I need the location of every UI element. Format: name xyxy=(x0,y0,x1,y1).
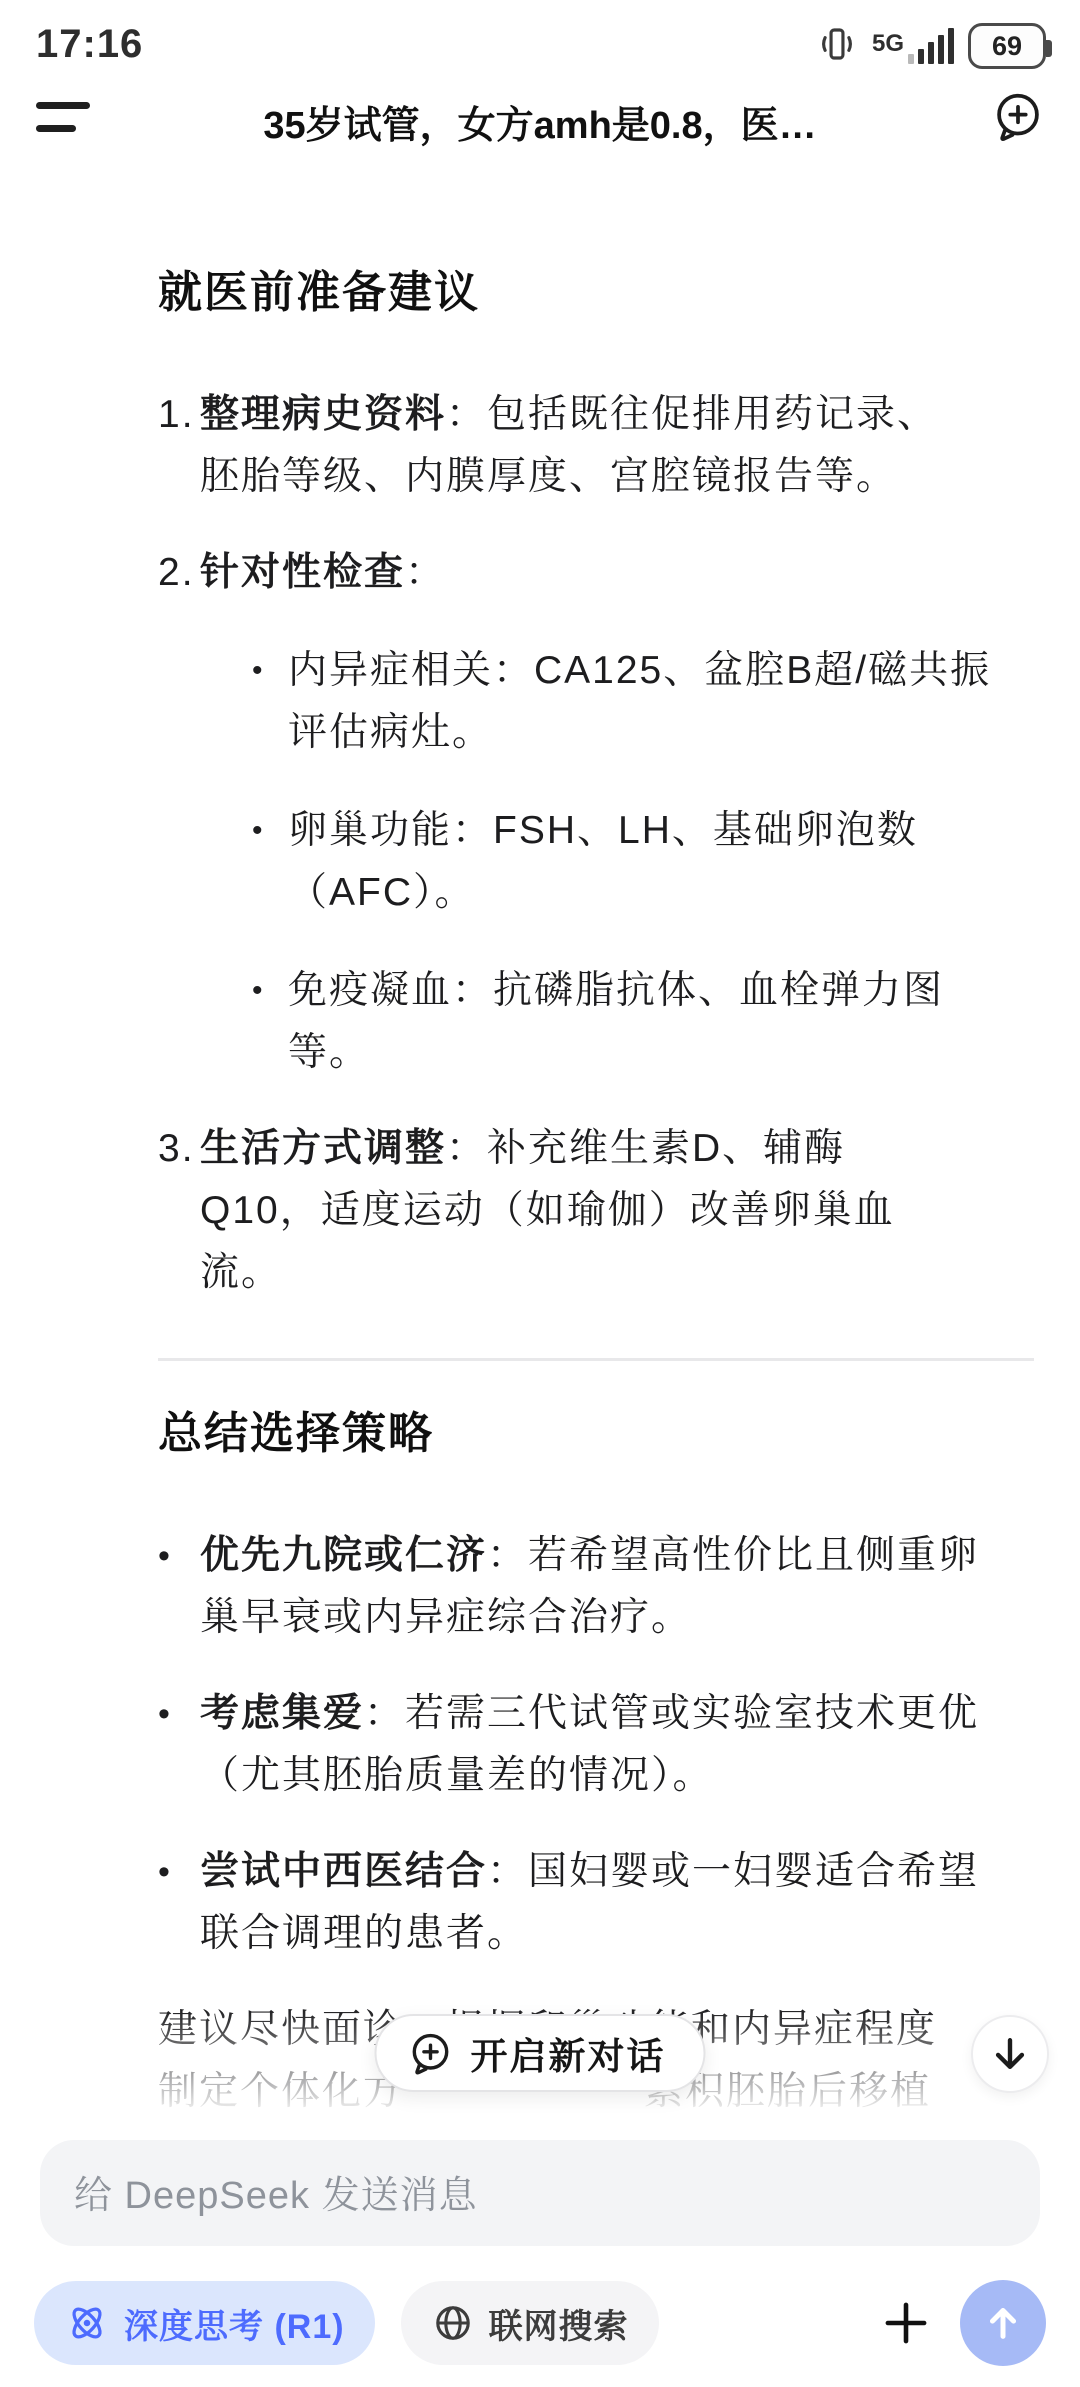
network-label: 5G xyxy=(872,32,904,56)
battery-icon: 69 xyxy=(968,23,1046,69)
status-icons: 5G 69 xyxy=(816,22,1046,70)
status-bar: 17:16 5G 69 xyxy=(0,16,1080,72)
list-item-body: 免疫凝血：抗磷脂抗体、血栓弹力图等。 xyxy=(288,960,1034,1084)
text-run: 制定个体化方 xyxy=(158,2070,404,2113)
vibrate-icon xyxy=(816,21,858,72)
text-line: 整理病史资料：包括既往促排用药记录、 xyxy=(200,384,1034,446)
scroll-to-bottom-button[interactable] xyxy=(971,2015,1049,2093)
bullet-icon: • xyxy=(158,1683,200,1807)
text-run: 巢早衰或内异症综合治疗。 xyxy=(200,1596,692,1639)
text-line: 评估病灶。 xyxy=(288,702,1034,764)
web-search-label: 联网搜索 xyxy=(489,2299,629,2348)
list-item-body: 整理病史资料：包括既往促排用药记录、胚胎等级、内膜厚度、宫腔镜报告等。 xyxy=(200,384,1034,508)
summary-bullet-item: •优先九院或仁济：若希望高性价比且侧重卵巢早衰或内异症综合治疗。 xyxy=(158,1525,1034,1649)
list-item-body: 针对性检查：•内异症相关：CA125、盆腔B超/磁共振评估病灶。•卵巢功能：FS… xyxy=(200,542,1034,1084)
down-arrow-icon xyxy=(988,2032,1032,2076)
text-line: 优先九院或仁济：若希望高性价比且侧重卵 xyxy=(200,1525,1034,1587)
section-heading: 就医前准备建议 xyxy=(158,264,1034,322)
text-run: 内异症相关：CA125、盆腔B超/磁共振 xyxy=(288,649,991,692)
list-number: 1. xyxy=(158,384,200,508)
summary-bullet-item: •尝试中西医结合：国妇婴或一妇婴适合希望联合调理的患者。 xyxy=(158,1841,1034,1965)
attach-button[interactable] xyxy=(876,2293,936,2353)
text-line: 内异症相关：CA125、盆腔B超/磁共振 xyxy=(288,640,1034,702)
plus-icon xyxy=(877,2294,935,2352)
speech-bubble-plus-icon xyxy=(990,131,1046,148)
new-chat-button[interactable] xyxy=(990,88,1046,144)
text-run: 卵巢功能：FSH、LH、基础卵泡数 xyxy=(288,809,918,852)
text-line: 生活方式调整：补充维生素D、辅酶 xyxy=(200,1118,1034,1180)
bold-text: 尝试中西医结合 xyxy=(200,1850,487,1893)
text-line: 胚胎等级、内膜厚度、宫腔镜报告等。 xyxy=(200,446,1034,508)
list-item-body: 内异症相关：CA125、盆腔B超/磁共振评估病灶。 xyxy=(288,640,1034,764)
text-line: （AFC）。 xyxy=(288,862,1034,924)
text-run: 联合调理的患者。 xyxy=(200,1912,528,1955)
text-line: （尤其胚胎质量差的情况）。 xyxy=(200,1745,1034,1807)
text-run: ：若需三代试管或实验室技术更优 xyxy=(364,1692,979,1735)
sub-bullet-list: •内异症相关：CA125、盆腔B超/磁共振评估病灶。•卵巢功能：FSH、LH、基… xyxy=(200,640,1034,1084)
bullet-icon: • xyxy=(252,960,288,1084)
bold-text: 优先九院或仁济 xyxy=(200,1534,487,1577)
bullet-icon: • xyxy=(158,1841,200,1965)
globe-icon xyxy=(431,2301,475,2345)
atom-icon xyxy=(64,2300,110,2346)
section-heading: 总结选择策略 xyxy=(158,1405,1034,1463)
list-item-body: 卵巢功能：FSH、LH、基础卵泡数（AFC）。 xyxy=(288,800,1034,924)
list-item-body: 考虑集爱：若需三代试管或实验室技术更优（尤其胚胎质量差的情况）。 xyxy=(200,1683,1034,1807)
ordered-list-item: 3.生活方式调整：补充维生素D、辅酶Q10，适度运动（如瑜伽）改善卵巢血流。 xyxy=(158,1118,1034,1304)
signal-bars xyxy=(908,28,954,64)
text-run: ： xyxy=(405,551,446,594)
text-line: 等。 xyxy=(288,1022,1034,1084)
start-new-conversation-button[interactable]: 开启新对话 xyxy=(375,2014,706,2092)
list-item-body: 生活方式调整：补充维生素D、辅酶Q10，适度运动（如瑜伽）改善卵巢血流。 xyxy=(200,1118,1034,1304)
text-run: ：包括既往促排用药记录、 xyxy=(446,393,938,436)
new-conversation-label: 开启新对话 xyxy=(471,2026,666,2080)
sub-bullet-item: •卵巢功能：FSH、LH、基础卵泡数（AFC）。 xyxy=(252,800,1034,924)
text-line: 卵巢功能：FSH、LH、基础卵泡数 xyxy=(288,800,1034,862)
list-number: 3. xyxy=(158,1118,200,1304)
deepthink-label: 深度思考 (R1) xyxy=(124,2299,345,2348)
status-time: 17:16 xyxy=(36,22,143,67)
text-line: 免疫凝血：抗磷脂抗体、血栓弹力图 xyxy=(288,960,1034,1022)
text-run: Q10，适度运动（如瑜伽）改善卵巢血 xyxy=(200,1189,895,1232)
list-number: 2. xyxy=(158,542,200,1084)
deepthink-r1-button[interactable]: 深度思考 (R1) xyxy=(34,2281,375,2365)
list-item-body: 优先九院或仁济：若希望高性价比且侧重卵巢早衰或内异症综合治疗。 xyxy=(200,1525,1034,1649)
message-input[interactable] xyxy=(40,2140,1040,2246)
phone-screen: 17:16 5G 69 xyxy=(0,0,1080,2387)
bullet-icon: • xyxy=(252,640,288,764)
text-run: （AFC）。 xyxy=(288,871,476,914)
speech-bubble-plus-icon xyxy=(407,2029,455,2077)
text-run: 免疫凝血：抗磷脂抗体、血栓弹力图 xyxy=(288,969,944,1012)
bold-text: 整理病史资料 xyxy=(200,393,446,436)
text-line: Q10，适度运动（如瑜伽）改善卵巢血 xyxy=(200,1180,1034,1242)
bold-text: 生活方式调整 xyxy=(200,1127,446,1170)
section-divider xyxy=(158,1358,1034,1361)
send-button[interactable] xyxy=(960,2280,1046,2366)
text-run: 胚胎等级、内膜厚度、宫腔镜报告等。 xyxy=(200,455,897,498)
ordered-list-item: 1.整理病史资料：包括既往促排用药记录、胚胎等级、内膜厚度、宫腔镜报告等。 xyxy=(158,384,1034,508)
assistant-message: 就医前准备建议1.整理病史资料：包括既往促排用药记录、胚胎等级、内膜厚度、宫腔镜… xyxy=(0,238,1080,2175)
sub-bullet-item: •免疫凝血：抗磷脂抗体、血栓弹力图等。 xyxy=(252,960,1034,1084)
text-line: 考虑集爱：若需三代试管或实验室技术更优 xyxy=(200,1683,1034,1745)
battery-percent: 69 xyxy=(992,31,1022,62)
5g-signal-icon: 5G xyxy=(872,28,954,64)
up-arrow-icon xyxy=(980,2300,1026,2346)
text-line: 尝试中西医结合：国妇婴或一妇婴适合希望 xyxy=(200,1841,1034,1903)
chat-title: 35岁试管，女方amh是0.8，医… xyxy=(120,94,960,149)
list-item-body: 尝试中西医结合：国妇婴或一妇婴适合希望联合调理的患者。 xyxy=(200,1841,1034,1965)
web-search-button[interactable]: 联网搜索 xyxy=(401,2281,659,2365)
text-run: 评估病灶。 xyxy=(288,711,493,754)
text-run: ：补充维生素D、辅酶 xyxy=(446,1127,845,1170)
text-line: 巢早衰或内异症综合治疗。 xyxy=(200,1587,1034,1649)
text-run: 等。 xyxy=(288,1031,370,1074)
app-header: 35岁试管，女方amh是0.8，医… xyxy=(0,86,1080,150)
text-run: 流。 xyxy=(200,1251,282,1294)
text-run: （尤其胚胎质量差的情况）。 xyxy=(200,1754,714,1797)
composer-toolbar: 深度思考 (R1) 联网搜索 xyxy=(34,2280,1046,2366)
composer: 深度思考 (R1) 联网搜索 xyxy=(0,2132,1080,2387)
bullet-icon: • xyxy=(252,800,288,924)
text-line: 联合调理的患者。 xyxy=(200,1903,1034,1965)
text-run: ：若希望高性价比且侧重卵 xyxy=(487,1534,979,1577)
sub-bullet-item: •内异症相关：CA125、盆腔B超/磁共振评估病灶。 xyxy=(252,640,1034,764)
text-run: ：国妇婴或一妇婴适合希望 xyxy=(487,1850,979,1893)
sidebar-menu-button[interactable] xyxy=(36,92,92,142)
text-line: 流。 xyxy=(200,1242,1034,1304)
summary-bullet-item: •考虑集爱：若需三代试管或实验室技术更优（尤其胚胎质量差的情况）。 xyxy=(158,1683,1034,1807)
bullet-icon: • xyxy=(158,1525,200,1649)
text-line: 针对性检查： xyxy=(200,542,1034,604)
ordered-list-item: 2.针对性检查：•内异症相关：CA125、盆腔B超/磁共振评估病灶。•卵巢功能：… xyxy=(158,542,1034,1084)
bold-text: 针对性检查 xyxy=(200,551,405,594)
bold-text: 考虑集爱 xyxy=(200,1692,364,1735)
